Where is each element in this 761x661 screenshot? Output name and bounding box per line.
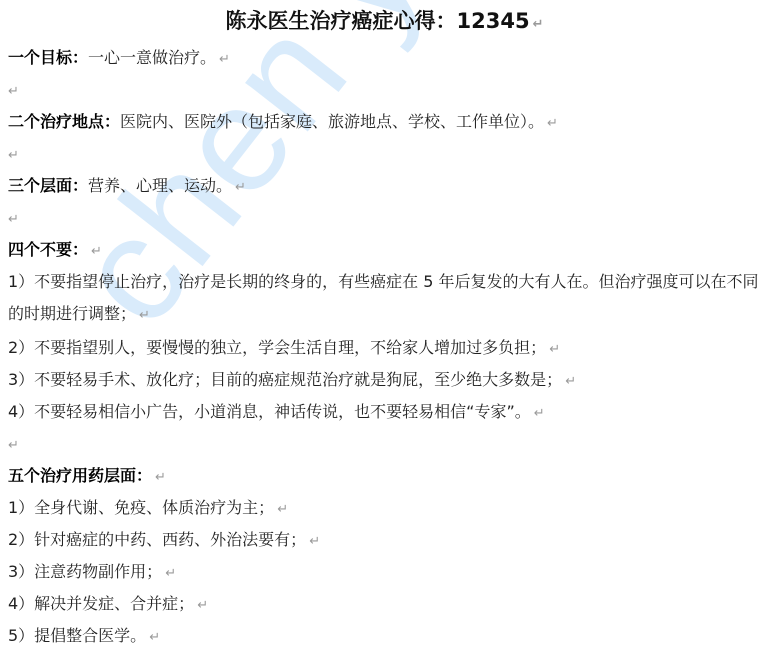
list-item: 4）不要轻易相信小广告，小道消息，神话传说，也不要轻易相信“专家”。↵ — [8, 396, 761, 428]
list-item: 5）提倡整合医学。↵ — [8, 620, 761, 652]
paragraph-mark-icon: ↵ — [219, 52, 230, 67]
list-item: 2）不要指望别人，要慢慢的独立，学会生活自理，不给家人增加过多负担；↵ — [8, 332, 761, 364]
list-item-text: 4）解决并发症、合并症； — [8, 594, 194, 613]
list-item-text: 4）不要轻易相信小广告，小道消息，神话传说，也不要轻易相信“专家”。 — [8, 402, 531, 421]
list-item: 2）针对癌症的中药、西药、外治法要有；↵ — [8, 524, 761, 556]
empty-paragraph: ↵ — [8, 428, 761, 460]
paragraph-mark-icon: ↵ — [91, 244, 102, 259]
section-text: 营养、心理、运动。 — [88, 176, 232, 195]
section-heading: 五个治疗用药层面： — [8, 466, 152, 485]
section-levels: 三个层面：营养、心理、运动。↵ — [8, 170, 761, 202]
section-medication-heading: 五个治疗用药层面：↵ — [8, 460, 761, 492]
paragraph-mark-icon: ↵ — [565, 374, 576, 389]
paragraph-mark-icon: ↵ — [197, 598, 208, 613]
paragraph-mark-icon: ↵ — [309, 534, 320, 549]
list-item-text: 2）针对癌症的中药、西药、外治法要有； — [8, 530, 306, 549]
paragraph-mark-icon: ↵ — [547, 116, 558, 131]
list-item: 1）全身代谢、免疫、体质治疗为主；↵ — [8, 492, 761, 524]
empty-paragraph: ↵ — [8, 202, 761, 234]
paragraph-mark-icon: ↵ — [235, 180, 246, 195]
document-title: 陈永医生治疗癌症心得：12345↵ — [8, 0, 761, 42]
list-item-text: 2）不要指望别人，要慢慢的独立，学会生活自理，不给家人增加过多负担； — [8, 338, 546, 357]
empty-paragraph: ↵ — [8, 74, 761, 106]
list-item-text: 5）提倡整合医学。 — [8, 626, 146, 645]
list-item: 3）注意药物副作用；↵ — [8, 556, 761, 588]
list-item: 4）解决并发症、合并症；↵ — [8, 588, 761, 620]
list-item-text: 1）全身代谢、免疫、体质治疗为主； — [8, 498, 274, 517]
document-page: 陈永医生治疗癌症心得：12345↵ 一个目标：一心一意做治疗。↵ ↵ 二个治疗地… — [0, 0, 761, 652]
section-heading: 二个治疗地点： — [8, 112, 120, 131]
title-text: 陈永医生治疗癌症心得：12345 — [226, 9, 530, 33]
list-item-text: 3）注意药物副作用； — [8, 562, 162, 581]
paragraph-mark-icon: ↵ — [534, 406, 545, 421]
section-text: 医院内、医院外（包括家庭、旅游地点、学校、工作单位）。 — [120, 112, 544, 131]
section-donts-heading: 四个不要：↵ — [8, 234, 761, 266]
list-item-text: 3）不要轻易手术、放化疗；目前的癌症规范治疗就是狗屁，至少绝大多数是； — [8, 370, 562, 389]
paragraph-mark-icon: ↵ — [533, 17, 544, 32]
section-heading: 四个不要： — [8, 240, 88, 259]
paragraph-mark-icon: ↵ — [139, 308, 150, 323]
paragraph-mark-icon: ↵ — [8, 438, 19, 453]
paragraph-mark-icon: ↵ — [165, 566, 176, 581]
section-places: 二个治疗地点：医院内、医院外（包括家庭、旅游地点、学校、工作单位）。↵ — [8, 106, 761, 138]
paragraph-mark-icon: ↵ — [8, 148, 19, 163]
paragraph-mark-icon: ↵ — [8, 212, 19, 227]
paragraph-mark-icon: ↵ — [277, 502, 288, 517]
empty-paragraph: ↵ — [8, 138, 761, 170]
section-goal: 一个目标：一心一意做治疗。↵ — [8, 42, 761, 74]
section-text: 一心一意做治疗。 — [88, 48, 216, 67]
paragraph-mark-icon: ↵ — [8, 84, 19, 99]
section-heading: 三个层面： — [8, 176, 88, 195]
section-heading: 一个目标： — [8, 48, 88, 67]
list-item: 3）不要轻易手术、放化疗；目前的癌症规范治疗就是狗屁，至少绝大多数是；↵ — [8, 364, 761, 396]
paragraph-mark-icon: ↵ — [155, 470, 166, 485]
paragraph-mark-icon: ↵ — [549, 342, 560, 357]
list-item-text: 1）不要指望停止治疗，治疗是长期的终身的，有些癌症在 5 年后复发的大有人在。但… — [8, 272, 759, 323]
list-item: 1）不要指望停止治疗，治疗是长期的终身的，有些癌症在 5 年后复发的大有人在。但… — [8, 266, 761, 332]
paragraph-mark-icon: ↵ — [149, 630, 160, 645]
